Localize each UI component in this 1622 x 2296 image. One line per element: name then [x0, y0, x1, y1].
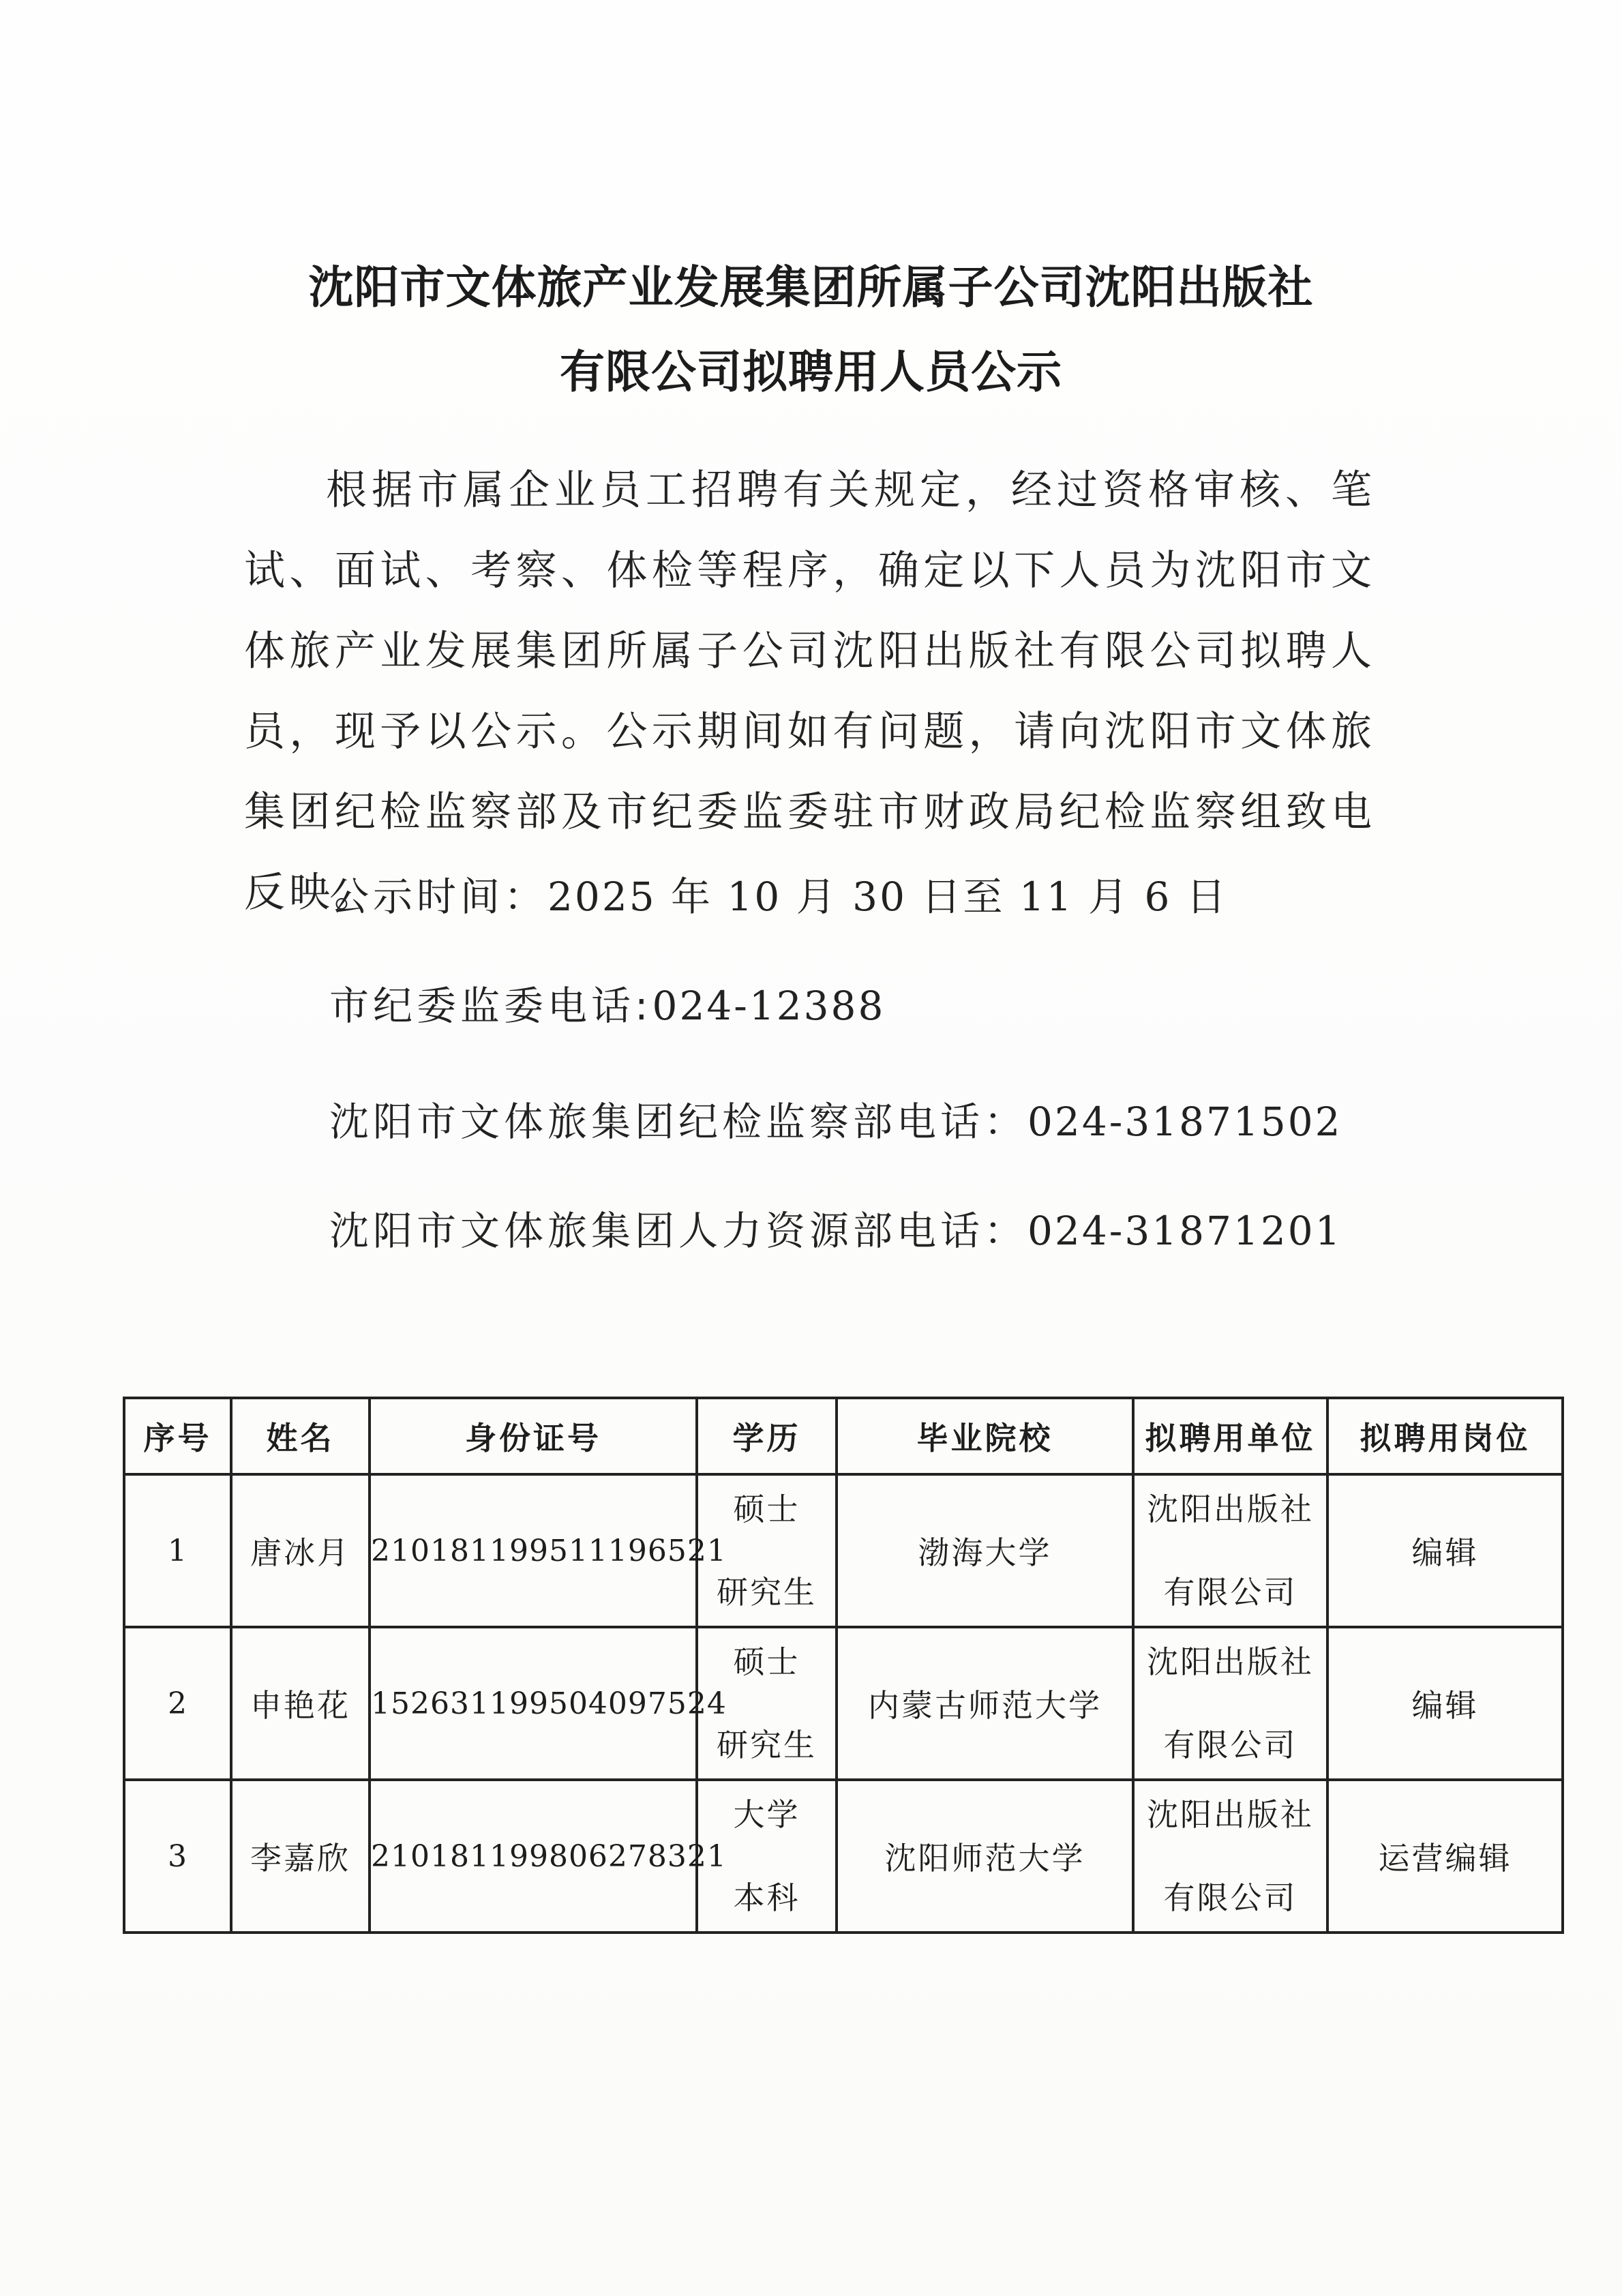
cell-name: 申艳花 [231, 1627, 370, 1780]
document-title-line-1: 沈阳市文体旅产业发展集团所属子公司沈阳出版社 [0, 251, 1622, 316]
notice-period-label: 公示时间： [329, 874, 547, 920]
education-line-1: 硕士 [734, 1643, 800, 1681]
column-header-name: 姓名 [231, 1398, 370, 1474]
education-line-1: 硕士 [734, 1490, 800, 1528]
cell-name: 李嘉欣 [231, 1780, 370, 1933]
document-page: 沈阳市文体旅产业发展集团所属子公司沈阳出版社 有限公司拟聘用人员公示 根据市属企… [0, 0, 1622, 2296]
contact-phone: 024-12388 [652, 983, 886, 1029]
cell-name: 唐冰月 [231, 1474, 370, 1627]
cell-school: 内蒙古师范大学 [837, 1627, 1133, 1780]
column-header-position: 拟聘用岗位 [1327, 1398, 1563, 1474]
unit-line-2: 有限公司 [1164, 1726, 1297, 1764]
notice-body-paragraph: 根据市属企业员工招聘有关规定，经过资格审核、笔试、面试、考察、体检等程序，确定以… [244, 450, 1376, 933]
cell-seq: 1 [124, 1474, 231, 1627]
cell-position: 编辑 [1327, 1627, 1563, 1780]
cell-unit: 沈阳出版社 有限公司 [1133, 1474, 1327, 1627]
contact-discipline-commission: 市纪委监委电话:024-12388 [329, 974, 885, 1031]
contact-phone: 024-31871502 [1027, 1099, 1342, 1145]
education-line-2: 研究生 [717, 1726, 817, 1764]
hire-roster-table: 序号 姓名 身份证号 学历 毕业院校 拟聘用单位 拟聘用岗位 1 唐冰月 210… [123, 1397, 1564, 1934]
unit-line-2: 有限公司 [1164, 1879, 1297, 1917]
unit-line-1: 沈阳出版社 [1147, 1795, 1314, 1834]
contact-label: 沈阳市文体旅集团人力资源部电话： [329, 1208, 1027, 1254]
table-row: 2 申艳花 152631199504097524 硕士 研究生 内蒙古师范大学 … [124, 1627, 1563, 1780]
column-header-school: 毕业院校 [837, 1398, 1133, 1474]
contact-phone: 024-31871201 [1027, 1208, 1342, 1254]
table-header-row: 序号 姓名 身份证号 学历 毕业院校 拟聘用单位 拟聘用岗位 [124, 1398, 1563, 1474]
cell-position: 编辑 [1327, 1474, 1563, 1627]
cell-position: 运营编辑 [1327, 1780, 1563, 1933]
column-header-education: 学历 [697, 1398, 837, 1474]
education-line-1: 大学 [734, 1795, 800, 1834]
cell-school: 渤海大学 [837, 1474, 1133, 1627]
education-line-2: 本科 [734, 1879, 800, 1917]
column-header-seq: 序号 [124, 1398, 231, 1474]
unit-line-1: 沈阳出版社 [1147, 1643, 1314, 1681]
education-line-2: 研究生 [717, 1573, 817, 1611]
contact-label: 市纪委监委电话: [329, 983, 652, 1029]
cell-id-number: 152631199504097524 [370, 1627, 697, 1780]
cell-seq: 2 [124, 1627, 231, 1780]
cell-unit: 沈阳出版社 有限公司 [1133, 1780, 1327, 1933]
cell-id-number: 210181199511196521 [370, 1474, 697, 1627]
document-title-line-2: 有限公司拟聘用人员公示 [0, 336, 1622, 400]
contact-label: 沈阳市文体旅集团纪检监察部电话： [329, 1099, 1027, 1145]
cell-id-number: 210181199806278321 [370, 1780, 697, 1933]
column-header-id-number: 身份证号 [370, 1398, 697, 1474]
cell-unit: 沈阳出版社 有限公司 [1133, 1627, 1327, 1780]
unit-line-1: 沈阳出版社 [1147, 1490, 1314, 1528]
contact-group-supervision-dept: 沈阳市文体旅集团纪检监察部电话：024-31871502 [329, 1090, 1342, 1147]
contact-group-hr-dept: 沈阳市文体旅集团人力资源部电话：024-31871201 [329, 1199, 1342, 1256]
table-row: 1 唐冰月 210181199511196521 硕士 研究生 渤海大学 沈阳出… [124, 1474, 1563, 1627]
notice-period: 公示时间：2025 年 10 月 30 日至 11 月 6 日 [329, 865, 1228, 922]
notice-period-value: 2025 年 10 月 30 日至 11 月 6 日 [547, 874, 1228, 920]
unit-line-2: 有限公司 [1164, 1573, 1297, 1611]
cell-school: 沈阳师范大学 [837, 1780, 1133, 1933]
column-header-unit: 拟聘用单位 [1133, 1398, 1327, 1474]
cell-seq: 3 [124, 1780, 231, 1933]
table-row: 3 李嘉欣 210181199806278321 大学 本科 沈阳师范大学 沈阳… [124, 1780, 1563, 1933]
